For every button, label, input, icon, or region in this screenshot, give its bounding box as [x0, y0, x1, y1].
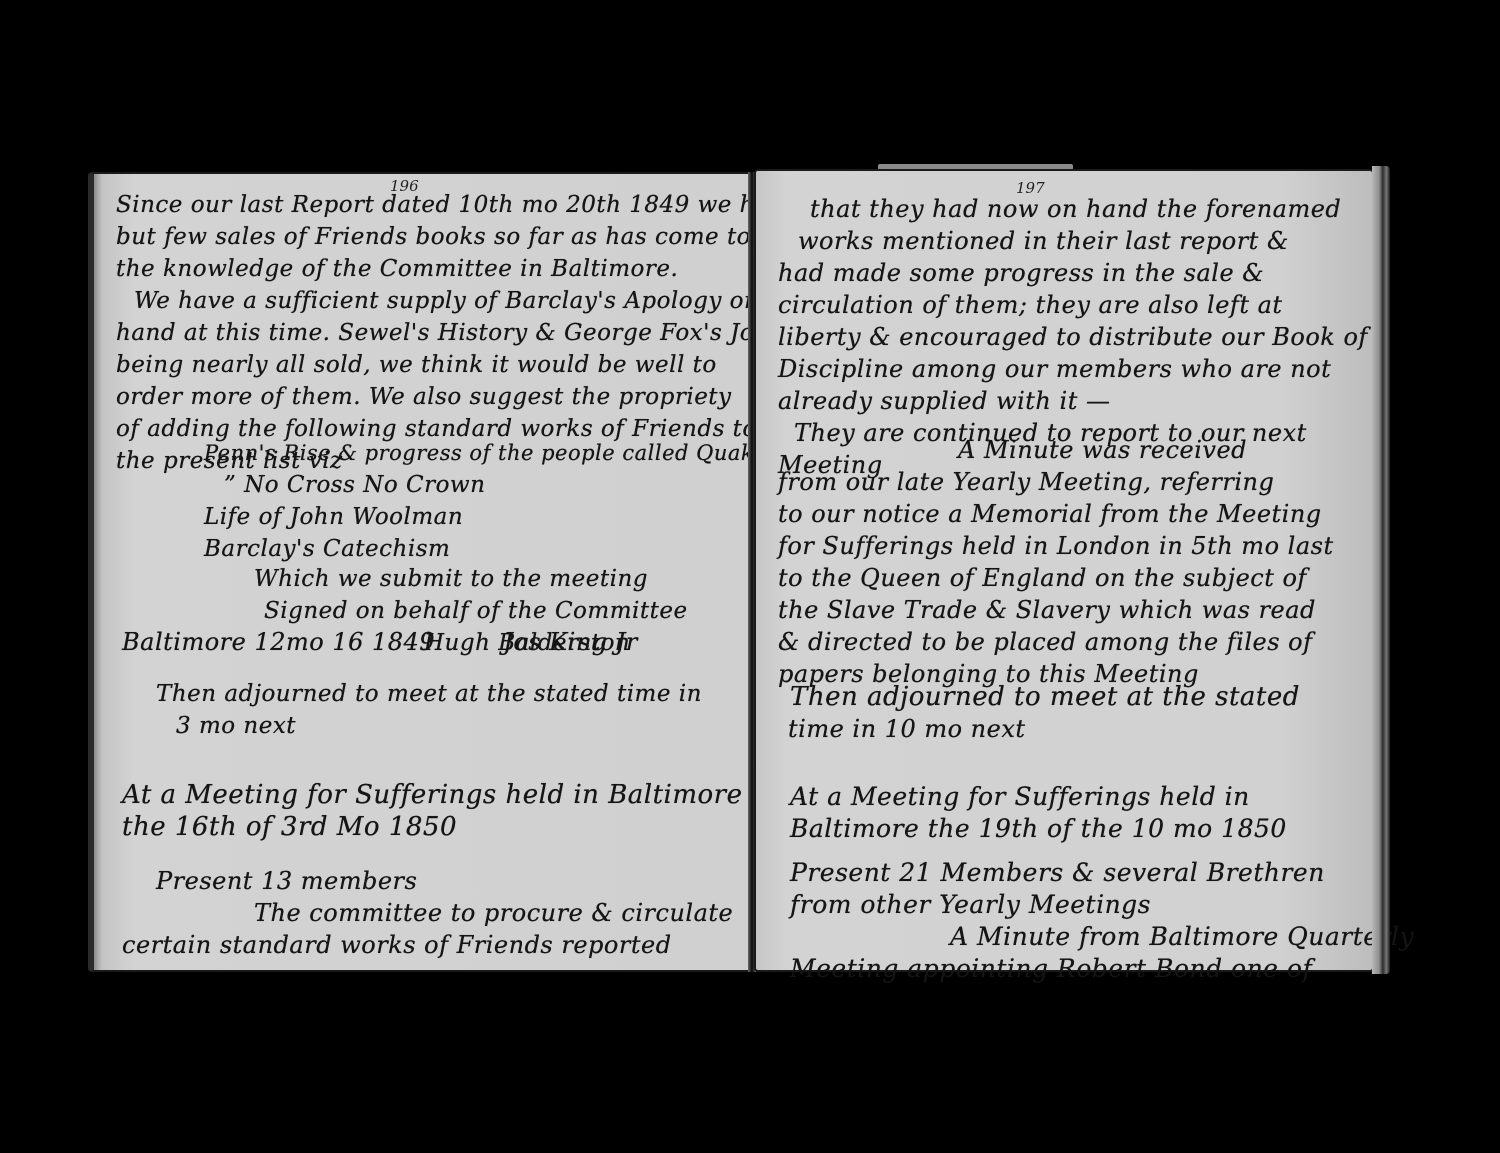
minute-line: to the Queen of England on the subject o… — [778, 563, 1334, 595]
minute-line: A Minute was received — [778, 435, 1334, 467]
left-page: 196 Since our last Report dated 10th mo … — [88, 172, 752, 972]
right-page: 197 that they had now on hand the forena… — [754, 169, 1374, 972]
adjournment-left: Then adjourned to meet at the stated tim… — [156, 678, 702, 742]
minute-line: the Slave Trade & Slavery which was read — [778, 595, 1334, 627]
continuation-line: already supplied with it — — [778, 385, 1368, 417]
continuation-line: Discipline among our members who are not — [778, 353, 1368, 385]
page-stack-edge — [1372, 166, 1390, 974]
signed-line: Signed on behalf of the Committee — [264, 596, 688, 628]
submit-line: Which we submit to the meeting — [254, 564, 688, 596]
meeting-heading-line: Baltimore the 19th of the 10 mo 1850 — [790, 813, 1287, 845]
present-left: Present 13 members The committee to proc… — [156, 864, 733, 960]
continuation-line: works mentioned in their last report & — [778, 225, 1368, 257]
present-line: Present 21 Members & several Brethren — [790, 857, 1414, 889]
minute-line: for Sufferings held in London in 5th mo … — [778, 531, 1334, 563]
meeting-heading-line: At a Meeting for Sufferings held in Balt… — [122, 778, 743, 810]
london-memorial-minute: A Minute was received from our late Year… — [778, 435, 1334, 691]
adjourn-line: 3 mo next — [156, 710, 702, 742]
adjournment-right: Then adjourned to meet at the stated tim… — [790, 681, 1300, 745]
continuation-line: liberty & encouraged to distribute our B… — [778, 321, 1368, 353]
adjourn-line: time in 10 mo next — [788, 713, 1300, 745]
minute-line: & directed to be placed among the files … — [778, 627, 1334, 659]
continuation-line: circulation of them; they are also left … — [778, 289, 1368, 321]
present-line: Present 13 members — [156, 864, 733, 896]
meeting-heading-line: At a Meeting for Sufferings held in — [790, 781, 1287, 813]
minute-line: Meeting appointing Robert Bond one of — [790, 953, 1414, 985]
present-right: Present 21 Members & several Brethren fr… — [790, 857, 1414, 985]
minute-line: A Minute from Baltimore Quarterly — [790, 921, 1414, 953]
committee-line: certain standard works of Friends report… — [122, 928, 733, 960]
minute-line: from our late Yearly Meeting, referring — [778, 467, 1334, 499]
open-ledger-book: 196 Since our last Report dated 10th mo … — [88, 172, 1418, 972]
adjourn-line: Then adjourned to meet at the stated tim… — [156, 678, 702, 710]
meeting-heading-left: At a Meeting for Sufferings held in Balt… — [122, 778, 743, 842]
present-line: from other Yearly Meetings — [790, 889, 1414, 921]
signature-jos-king: Jos King Jr — [443, 628, 638, 656]
meeting-heading-line: the 16th of 3rd Mo 1850 — [122, 810, 743, 842]
committee-line: The committee to procure & circulate — [156, 896, 733, 928]
meeting-heading-right: At a Meeting for Sufferings held in Balt… — [790, 781, 1287, 845]
continuation-line: that they had now on hand the forenamed — [778, 193, 1368, 225]
place-date: Baltimore 12mo 16 1849 — [122, 628, 435, 656]
place-date-line: Baltimore 12mo 16 1849 Jos King Jr — [122, 626, 638, 658]
continuation-line: had made some progress in the sale & — [778, 257, 1368, 289]
adjourn-line: Then adjourned to meet at the stated — [790, 681, 1300, 713]
minute-line: to our notice a Memorial from the Meetin… — [778, 499, 1334, 531]
